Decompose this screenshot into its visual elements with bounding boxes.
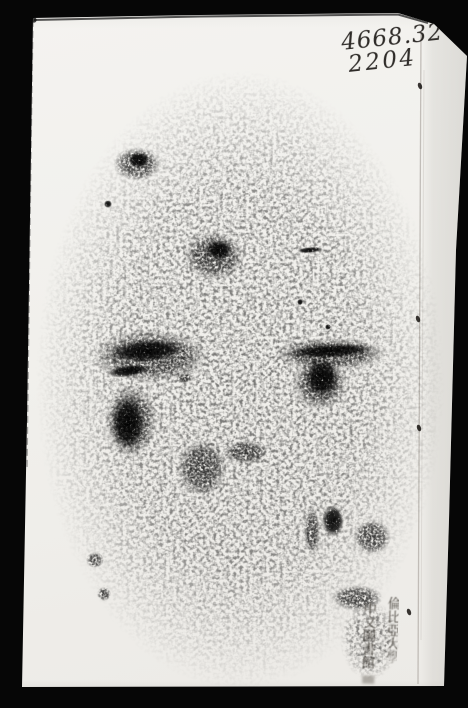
page-corner-knot [31,17,36,22]
stamp-column-right: 倫比亞大學 [383,596,399,664]
scanned-page-photo: 4668.32 2204 倫比亞大學 中文圖書館 [0,0,468,708]
stamp-column-left: 中文圖書館 [359,601,375,669]
stamp-partial-character [362,675,374,683]
ink-smudge [35,70,445,690]
crease-tick-mark [417,82,423,90]
crease-tick-mark [406,608,412,616]
page-left-edge-line [27,20,33,470]
smudge-layer [35,70,445,690]
page-top-edge-line [34,15,428,24]
document-page: 4668.32 2204 倫比亞大學 中文圖書館 [0,0,468,708]
